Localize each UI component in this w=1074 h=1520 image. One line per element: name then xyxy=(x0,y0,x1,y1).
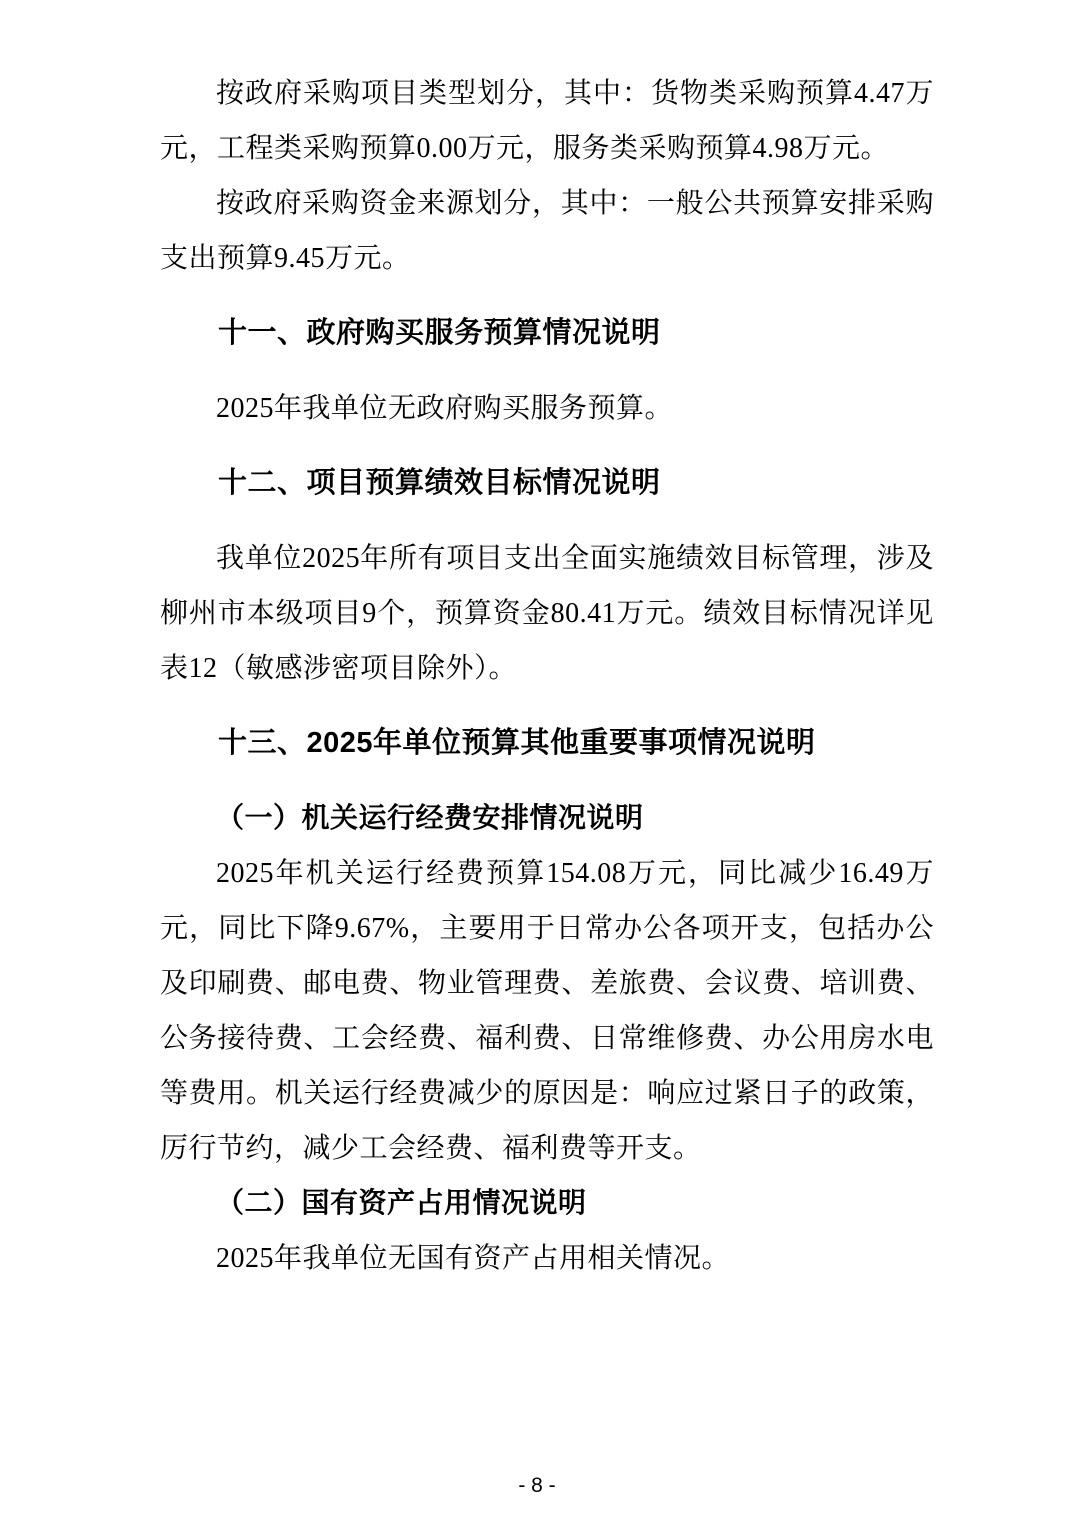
section-heading-13: 十三、2025年单位预算其他重要事项情况说明 xyxy=(160,716,934,771)
section-heading-12: 十二、项目预算绩效目标情况说明 xyxy=(160,456,934,511)
subsection-heading-2: （二）国有资产占用情况说明 xyxy=(160,1176,934,1231)
body-paragraph: 2025年机关运行经费预算154.08万元，同比减少16.49万元，同比下降9.… xyxy=(160,846,934,1176)
subsection-heading-1: （一）机关运行经费安排情况说明 xyxy=(160,791,934,846)
body-paragraph: 2025年我单位无国有资产占用相关情况。 xyxy=(160,1231,934,1286)
body-paragraph: 我单位2025年所有项目支出全面实施绩效目标管理，涉及柳州市本级项目9个，预算资… xyxy=(160,531,934,696)
page-number: - 8 - xyxy=(0,1474,1074,1498)
body-paragraph: 按政府采购项目类型划分，其中：货物类采购预算4.47万元，工程类采购预算0.00… xyxy=(160,66,934,176)
section-heading-11: 十一、政府购买服务预算情况说明 xyxy=(160,306,934,361)
body-paragraph: 2025年我单位无政府购买服务预算。 xyxy=(160,381,934,436)
document-page: 按政府采购项目类型划分，其中：货物类采购预算4.47万元，工程类采购预算0.00… xyxy=(0,0,1074,1520)
body-paragraph: 按政府采购资金来源划分，其中：一般公共预算安排采购支出预算9.45万元。 xyxy=(160,176,934,286)
